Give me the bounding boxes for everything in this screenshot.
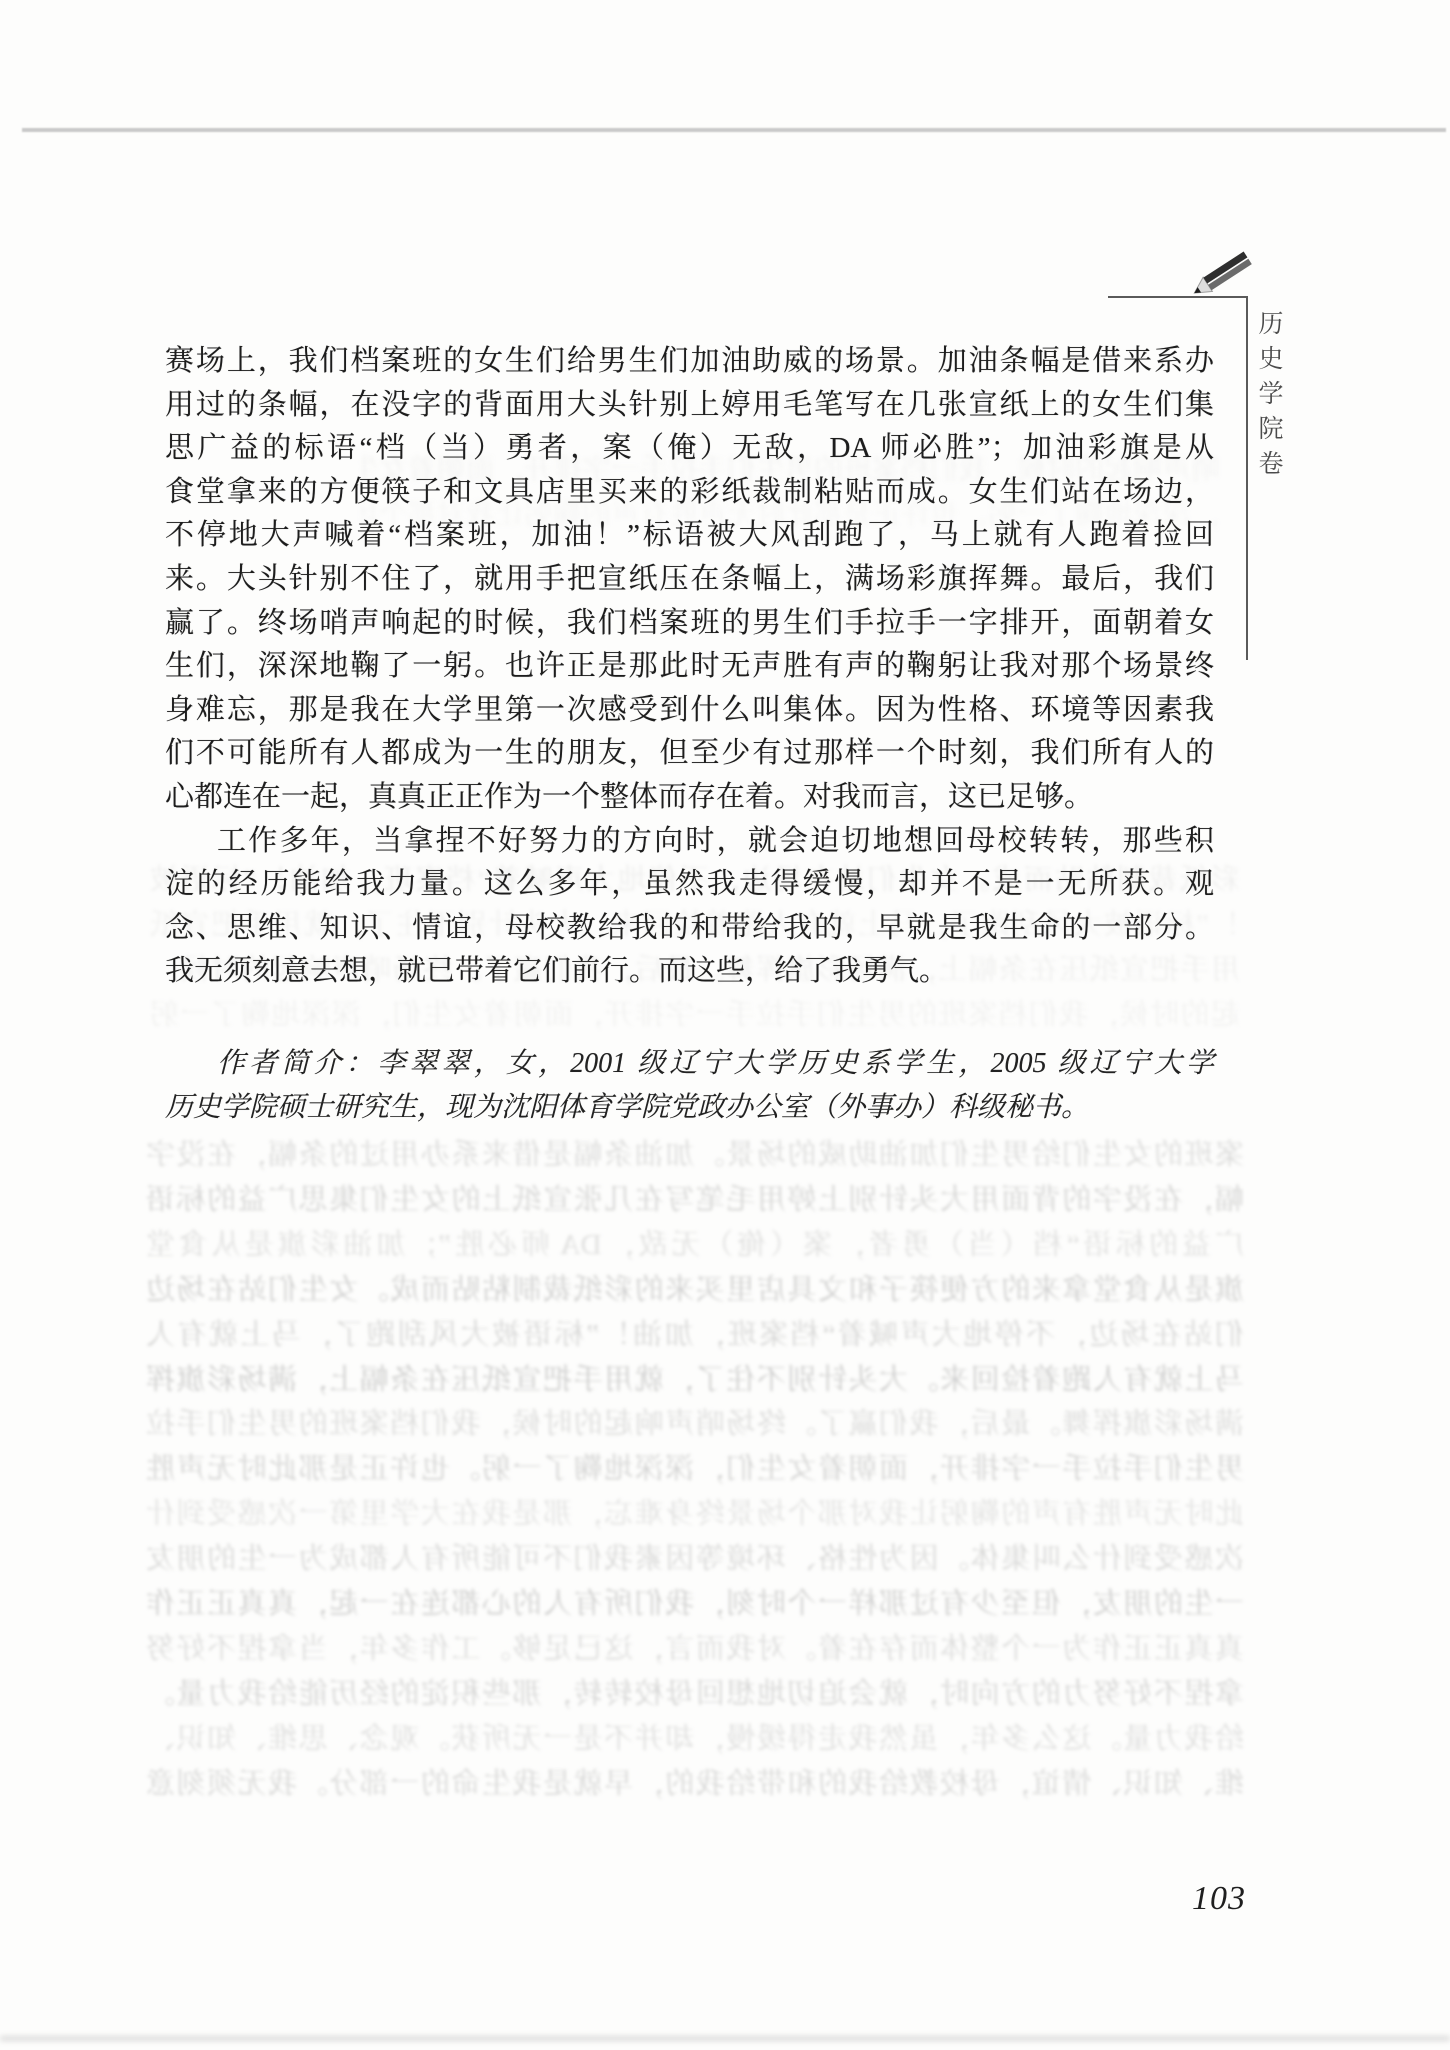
showthrough-line: 旗是从食堂拿来的方便筷子和文具店里买来的彩纸裁制粘贴而成。女生们站在场边 <box>146 1268 1244 1313</box>
margin-corner-rule-vertical <box>1246 296 1248 660</box>
showthrough-line: 广益的标语“档（当）勇者，案（俺）无敌，DA 师必胜”；加油彩旗是从食堂 <box>146 1223 1244 1268</box>
text-line: 生们，深深地鞠了一躬。也许正是那此时无声胜有声的鞠躬让我对那个场景终 <box>165 645 1214 689</box>
text-line: 念、思维、知识、情谊，母校教给我的和带给我的，早就是我生命的一部分。 <box>165 907 1214 951</box>
showthrough-line: 一生的朋友，但至少有过那样一个时刻，我们所有人的心都连在一起，真真正正作 <box>146 1582 1244 1627</box>
text-line: 食堂拿来的方便筷子和文具店里买来的彩纸裁制粘贴而成。女生们站在场边， <box>165 471 1214 515</box>
text-line: 工作多年，当拿捏不好努力的方向时，就会迫切地想回母校转转，那些积 <box>165 820 1214 864</box>
text-line: 赢了。终场哨声响起的时候，我们档案班的男生们手拉手一字排开，面朝着女 <box>165 602 1214 646</box>
showthrough-line: 男生们手拉手一字排开，面朝着女生们，深深地鞠了一躬。也许正是那此时无声胜 <box>146 1447 1244 1492</box>
text-line: 淀的经历能给我力量。这么多年，虽然我走得缓慢，却并不是一无所获。观 <box>165 863 1214 907</box>
text-line: 不停地大声喊着“档案班，加油！”标语被大风刮跑了，马上就有人跑着捡回 <box>165 514 1214 558</box>
showthrough-line: 真真正正作为一个整体而存在着。对我而言，这已足够。工作多年，当拿捏不好努 <box>146 1627 1244 1672</box>
pencil-icon <box>1192 246 1264 308</box>
text-line: 心都连在一起，真真正正作为一个整体而存在着。对我而言，这已足够。 <box>165 776 1214 820</box>
text-line: 身难忘，那是我在大学里第一次感受到什么叫集体。因为性格、环境等因素我 <box>165 689 1214 733</box>
margin-corner-rule-horizontal <box>1108 296 1248 298</box>
bio-line: 历史学院硕士研究生，现为沈阳体育学院党政办公室（外事办）科级秘书。 <box>165 1086 1214 1130</box>
text-line: 来。大头针别不住了，就用手把宣纸压在条幅上，满场彩旗挥舞。最后，我们 <box>165 558 1214 602</box>
text-line: 们不可能所有人都成为一生的朋友，但至少有过那样一个时刻，我们所有人的 <box>165 732 1214 776</box>
showthrough-line: 次感受到什么叫集体。因为性格、环境等因素我们不可能所有人都成为一生的朋友 <box>146 1537 1244 1582</box>
showthrough-line: 马上就有人跑着捡回来。大头针别不住了，就用手把宣纸压在条幅上，满场彩旗挥 <box>146 1358 1244 1403</box>
showthrough-line: 起的时候，我们档案班的男生们手拉手一字排开，面朝着女生们，深深地鞠了一躬 <box>150 993 1240 1038</box>
bio-line: 作者简介：李翠翠，女，2001 级辽宁大学历史系学生，2005 级辽宁大学 <box>165 1042 1214 1086</box>
text-line: 思广益的标语“档（当）勇者，案（俺）无敌，DA 师必胜”；加油彩旗是从 <box>165 427 1214 471</box>
page-bottom-edge-shadow <box>0 2036 1450 2041</box>
author-bio: 作者简介：李翠翠，女，2001 级辽宁大学历史系学生，2005 级辽宁大学 历史… <box>165 1042 1214 1129</box>
showthrough-line: 此时无声胜有声的鞠躬让我对那个场景终身难忘，那是我在大学里第一次感受到什 <box>146 1492 1244 1537</box>
article-text: 赛场上，我们档案班的女生们给男生们加油助威的场景。加油条幅是借来系办 用过的条幅… <box>165 340 1214 994</box>
showthrough-line: 案班的女生们给男生们加油助威的场景。加油条幅是借来系办用过的条幅，在没字 <box>146 1133 1244 1178</box>
showthrough-line: 们站在场边，不停地大声喊着“档案班，加油！”标语被大风刮跑了，马上就有人 <box>146 1313 1244 1358</box>
showthrough-line: 给我力量。这么多年，虽然我走得缓慢，却并不是一无所获。观念、思维、知识、 <box>146 1717 1244 1762</box>
page-number: 103 <box>1192 1880 1262 1918</box>
showthrough-text-lower: 案班的女生们给男生们加油助威的场景。加油条幅是借来系办用过的条幅，在没字幅，在没… <box>146 1133 1244 1807</box>
margin-label-vertical: 历史学院卷 <box>1252 310 1286 485</box>
showthrough-line: 维、知识、情谊，母校教给我的和带给我的，早就是我生命的一部分。我无须刻意 <box>146 1762 1244 1807</box>
book-page: 历史学院卷 赛场上，我们档案班的女生们给男生们加油助威的场景。加油条幅是借来系办… <box>0 0 1450 2050</box>
text-line: 我无须刻意去想，就已带着它们前行。而这些，给了我勇气。 <box>165 950 1214 994</box>
text-line: 赛场上，我们档案班的女生们给男生们加油助威的场景。加油条幅是借来系办 <box>165 340 1214 384</box>
showthrough-line: 满场彩旗挥舞。最后，我们赢了。终场哨声响起的时候，我们档案班的男生们手拉 <box>146 1402 1244 1447</box>
showthrough-line: 幅，在没字的背面用大头针别上婷用毛笔写在几张宣纸上的女生们集思广益的标语 <box>146 1178 1244 1223</box>
showthrough-line: 拿捏不好努力的方向时，就会迫切地想回母校转转，那些积淀的经历能给我力量。 <box>146 1672 1244 1717</box>
page-top-edge-line <box>22 128 1446 132</box>
text-line: 用过的条幅，在没字的背面用大头针别上婷用毛笔写在几张宣纸上的女生们集 <box>165 384 1214 428</box>
